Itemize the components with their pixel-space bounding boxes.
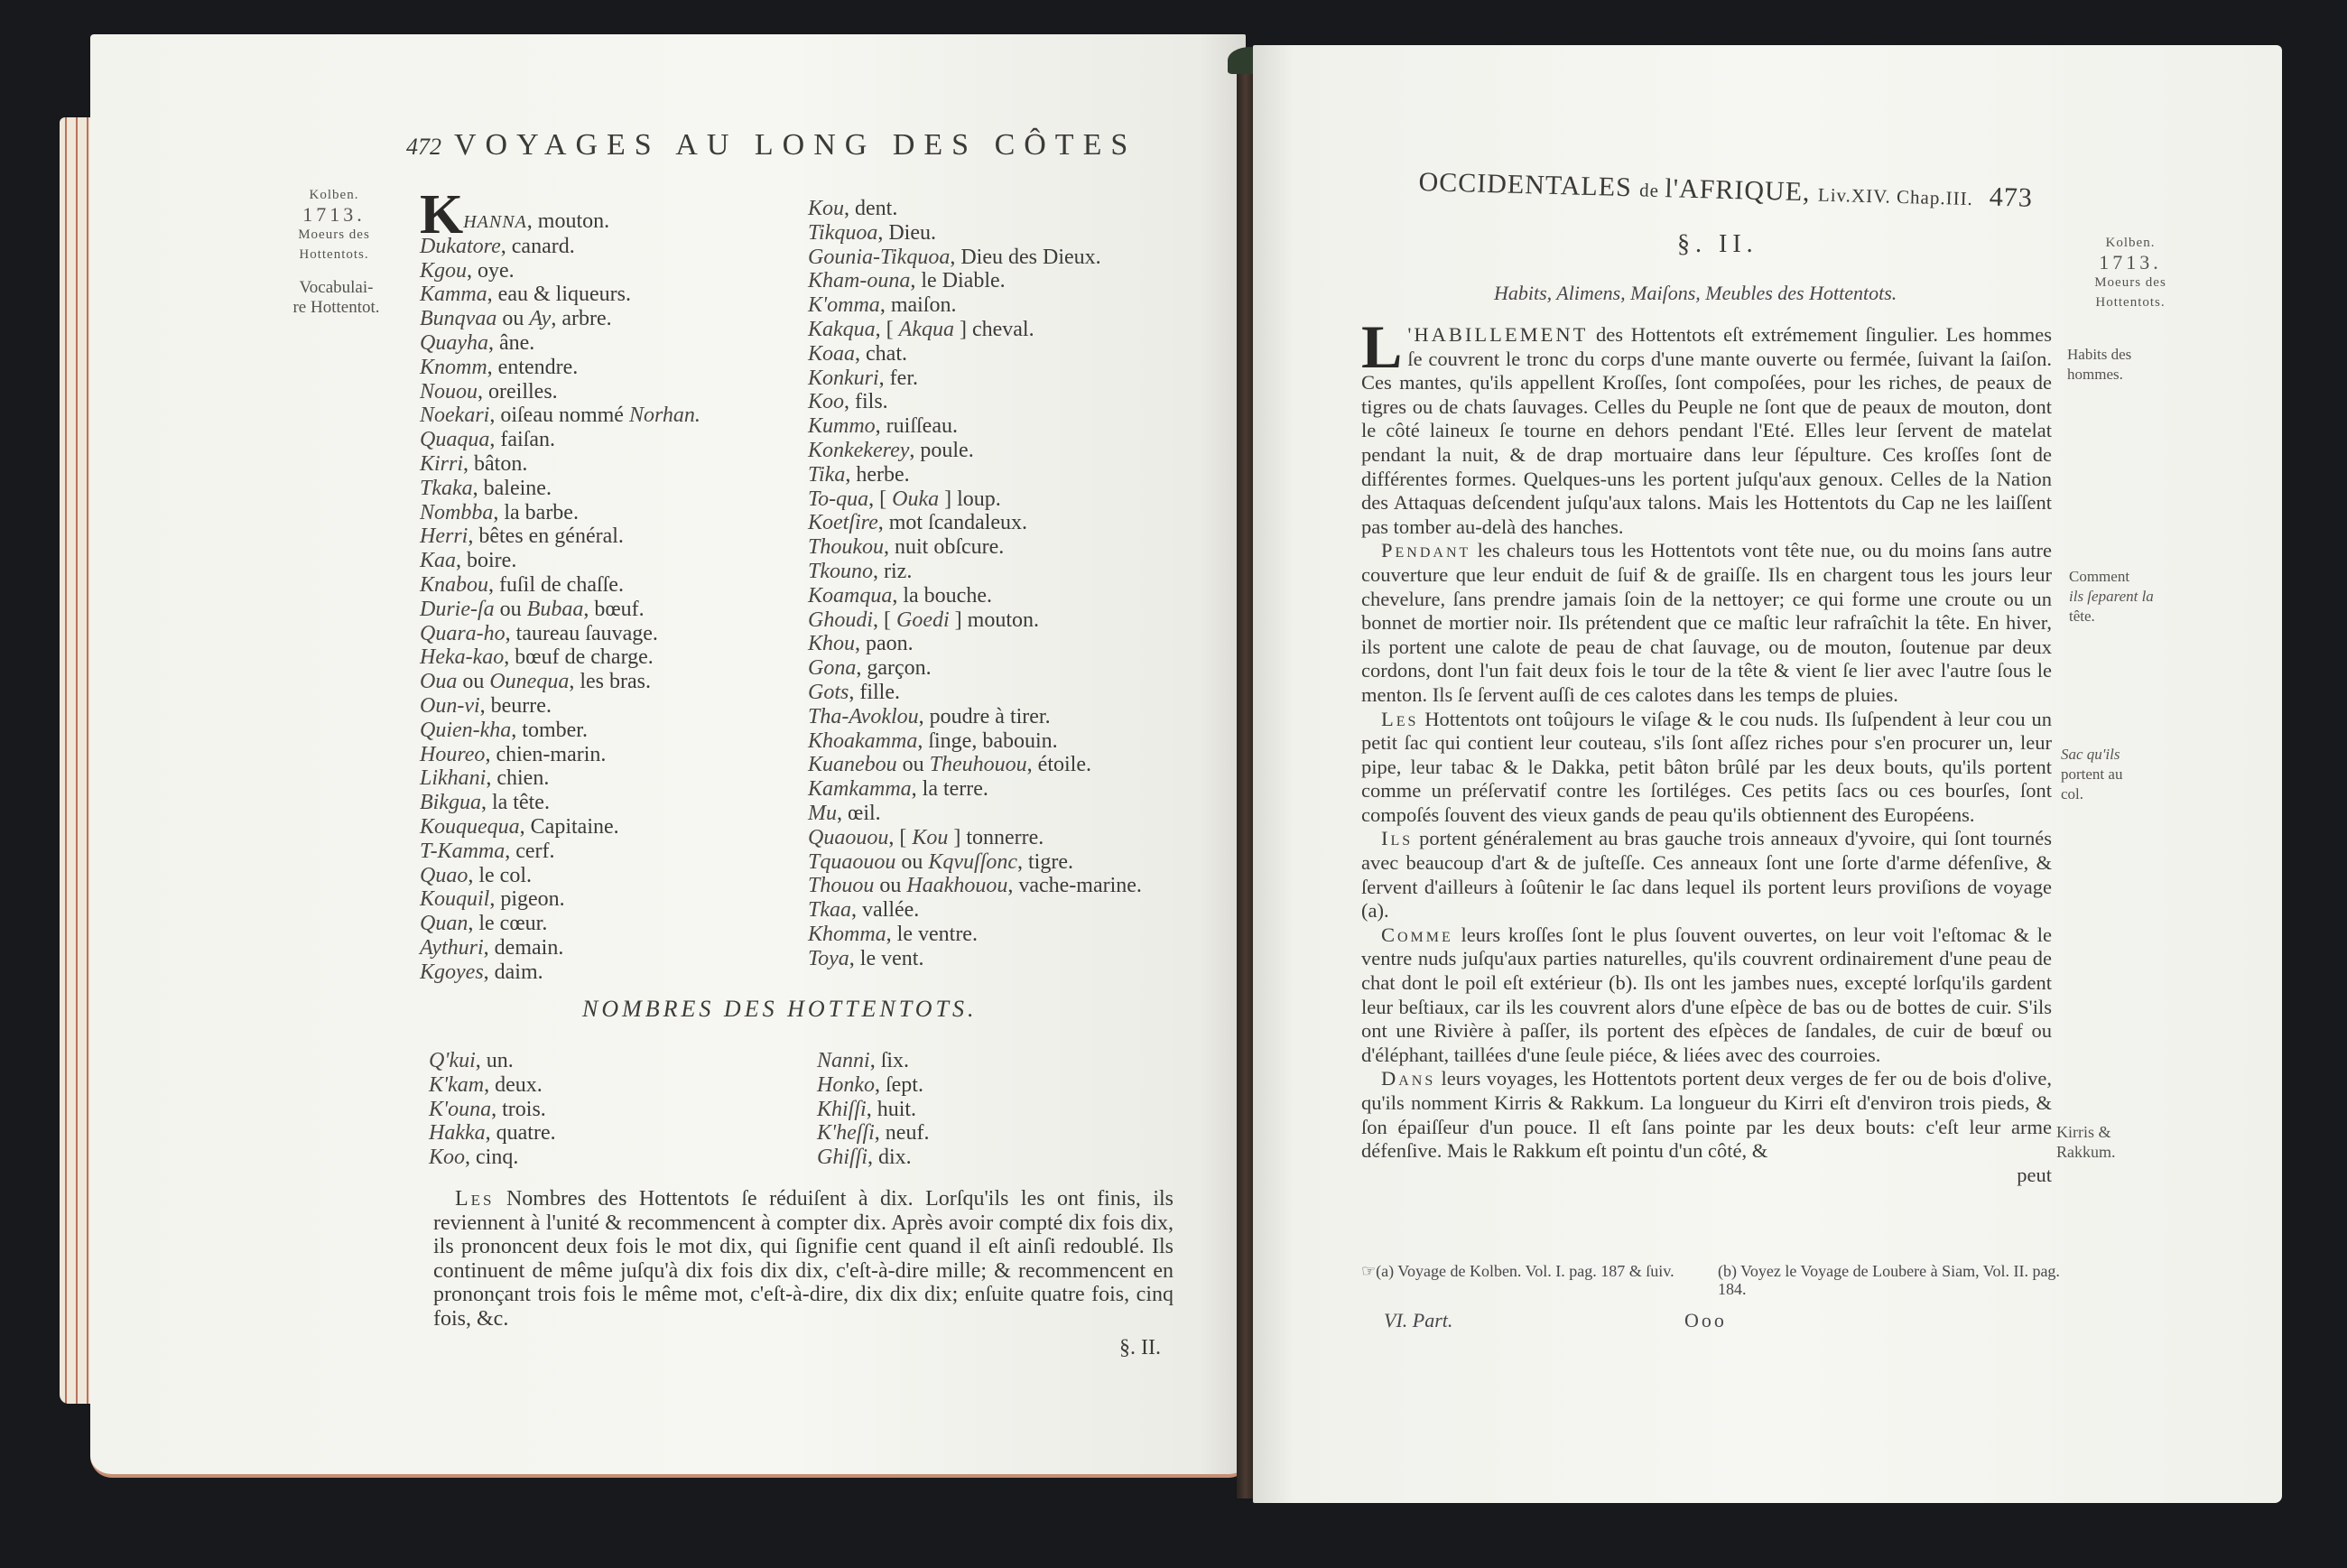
vocab-meaning: , [ [888,826,912,849]
vocab-word: Koaa [808,342,855,366]
vocab-meaning: , oreilles. [478,380,558,404]
margin-note-line: Comment [2069,567,2173,587]
vocab-entry: K'kam, deux. [429,1073,556,1098]
vocab-entry: Koaa, chat. [808,342,1142,366]
vocab-meaning: , riz. [873,560,912,583]
vocab-word: Tquaouou [808,850,895,874]
vocab-word-alt: Goedi [896,608,950,632]
paragraph-text: les chaleurs tous les Hottentots vont tê… [1361,539,2052,706]
vocab-word: Kgou [420,259,467,283]
vocab-word: K'heſſi [817,1121,875,1145]
right-margin-note-source: Kolben. 1713. Moeurs des Hottentots. [2067,233,2194,312]
vocab-meaning: , étoile. [1027,753,1091,776]
vocab-entry: Koo, cinq. [429,1146,556,1170]
vocab-meaning: , la barbe. [493,501,579,524]
vocab-meaning: , ſept. [875,1073,923,1097]
margin-note-line: ils ſeparent la [2069,587,2173,607]
vocab-word-alt: Ouka [892,487,939,511]
vocab-word-alt: Kqvuſſonc [928,850,1017,874]
vocab-meaning: , eau & liqueurs. [487,283,631,306]
vocab-word: Nanni [817,1049,870,1072]
vocab-meaning: , bœuf de charge. [504,645,654,669]
vocab-entry: Toya, le vent. [808,947,1142,971]
vocab-meaning: , daim. [484,960,543,984]
margin-note-kirris: Kirris & Rakkum. [2056,1122,2160,1162]
vocab-entry: Nanni, ſix. [817,1049,929,1073]
margin-topic: Moeurs des [271,225,397,245]
left-page-number: 472 [406,134,441,160]
margin-topic: Hottentots. [2067,292,2194,312]
vocab-entry: Kamma, eau & liqueurs. [420,283,700,307]
vocab-entry: Konkekerey, poule. [808,439,1142,463]
vocab-entry: Gots, fille. [808,681,1142,705]
margin-note-line: Kirris & [2056,1122,2160,1142]
vocab-entry: Quan, le cœur. [420,912,700,936]
footnote-a: ☞(a) Voyage de Kolben. Vol. I. pag. 187 … [1361,1262,1704,1280]
vocab-entry: Tika, herbe. [808,463,1142,487]
vocab-meaning: , cerf. [505,840,554,863]
vocab-entry: K'ouna, trois. [429,1098,556,1122]
vocab-word: Kgoyes [420,960,484,984]
vocab-entry: Konkuri, fer. [808,366,1142,391]
vocab-meaning: , bêtes en général. [468,524,624,548]
vocab-entry: To-qua, [ Ouka ] loup. [808,487,1142,512]
vocab-word-alt: Ay [529,307,551,330]
vocab-word: Tha-Avoklou [808,705,919,728]
vocab-entry: Bunqvaa ou Ay, arbre. [420,307,700,331]
paragraph-lead: 'HABILLEMENT [1407,323,1588,346]
signature-mark: Ooo [1684,1309,1727,1332]
vocab-entry: Knabou, fuſil de chaſſe. [420,573,700,598]
vocab-word: Khiſſi [817,1098,867,1121]
vocab-entry: Noekari, oiſeau nommé Norhan. [420,404,700,428]
vocab-word: Tika [808,463,845,487]
vocab-meaning: ] loup. [939,487,1001,511]
vocab-meaning: , deux. [484,1073,543,1097]
vocab-entry: Kouquequa, Capitaine. [420,815,700,840]
margin-note-habits: Habits des hommes. [2067,345,2171,385]
margin-note-line: Rakkum. [2056,1142,2160,1162]
vocab-meaning: , les bras. [569,670,651,693]
vocab-entry: Herri, bêtes en général. [420,524,700,549]
vocab-entry: Nouou, oreilles. [420,380,700,404]
vocab-meaning: , chat. [855,342,907,366]
vocab-word: K'kam [429,1073,484,1097]
vocab-word: K'omma [808,293,880,317]
paragraph-lead: Les [455,1187,495,1211]
vocab-word: Konkekerey [808,439,909,462]
margin-note-line: portent au [2061,765,2165,784]
vocab-entry: Quara-ho, taureau ſauvage. [420,622,700,646]
vocab-entry: Oua ou Ounequa, les bras. [420,670,700,694]
vocab-meaning: , Dieu des Dieux. [950,246,1100,269]
running-title-de: de [1639,179,1665,201]
vocab-word: Koo [429,1146,465,1169]
vocab-meaning: , le Diable. [910,269,1005,292]
vocab-meaning: , oye. [467,259,515,283]
footnote-mark: (b) [1718,1262,1737,1280]
vocab-meaning: , œil. [837,802,881,825]
vocab-meaning: , le cœur. [468,912,547,935]
vocab-meaning: , fille. [849,681,900,704]
vocab-meaning: , garçon. [856,656,931,680]
vocab-word: Tikquoa [808,221,877,245]
pointing-hand-icon: ☞(a) [1361,1262,1394,1280]
vocab-meaning: , pigeon. [489,887,564,911]
vocab-meaning: ] tonnerre. [948,826,1044,849]
paragraph-lead: Dans [1381,1067,1435,1090]
vocab-meaning: , herbe. [845,463,909,487]
margin-note-sac: Sac qu'ils portent au col. [2061,745,2165,804]
vocab-entry: Tha-Avoklou, poudre à tirer. [808,705,1142,729]
vocab-word: Dukatore [420,235,501,258]
vocab-meaning: , huit. [867,1098,916,1121]
vocab-word: K'ouna [429,1098,491,1121]
signature-part: VI. Part. [1384,1309,1452,1332]
vocab-word: Kamkamma [808,777,912,801]
vocab-word: Quao [420,864,468,887]
vocab-entry: Kamkamma, la terre. [808,777,1142,802]
vocab-word: Tkouno [808,560,873,583]
vocab-word: Mu [808,802,837,825]
vocab-meaning: , ſinge, babouin. [917,729,1057,753]
vocab-word: Kirri [420,452,463,476]
conjunction: ou [874,874,906,897]
chapter-reference: Chap.III. [1897,186,1973,209]
vocab-entry: Quaouou, [ Kou ] tonnerre. [808,826,1142,850]
paragraph-lead: Comme [1381,923,1453,946]
vocab-word: Konkuri [808,366,879,390]
vocab-entry: Q'kui, un. [429,1049,556,1073]
running-title-afrique: l'AFRIQUE, [1665,173,1819,207]
vocab-word-alt: Haakhouou [906,874,1007,897]
vocab-entry: Ghiſſi, dix. [817,1146,929,1170]
vocab-entry: Hakka, quatre. [429,1121,556,1146]
vocab-word-alt: Bubaa [527,598,584,621]
vocab-word: Honko [817,1073,875,1097]
vocab-meaning: , poudre à tirer. [919,705,1051,728]
margin-author: Kolben. [271,185,397,205]
paragraph-lead: Ils [1381,827,1413,849]
section-subtitle: Habits, Alimens, Maiſons, Meubles des Ho… [1494,282,1897,305]
vocab-meaning: , bœuf. [583,598,644,621]
vocab-meaning: , cinq. [465,1146,518,1169]
vocab-word: Quan [420,912,468,935]
paragraph-pendant: Pendant les chaleurs tous les Hottentots… [1361,539,2052,707]
vocab-meaning: , vache-marine. [1007,874,1142,897]
vocab-meaning: , vallée. [851,898,919,922]
vocab-entry: Quao, le col. [420,864,700,888]
vocab-meaning: , mot ſcandaleux. [878,511,1027,534]
vocab-meaning: , [ [873,608,896,632]
vocab-entry: Ghoudi, [ Goedi ] mouton. [808,608,1142,633]
vocab-meaning: , maiſon. [880,293,957,317]
margin-topic: Hottentots. [271,245,397,264]
vocab-meaning: , nuit obſcure. [884,535,1004,559]
vocab-word: Kamma [420,283,487,306]
vocab-word: Toya [808,947,849,970]
paragraph-text: leurs kroſſes ſont le plus ſouvent ouver… [1361,923,2052,1066]
paragraph-comme: Comme leurs kroſſes ſont le plus ſouvent… [1361,923,2052,1068]
vocab-entry: Quayha, âne. [420,331,700,356]
vocab-word: Quayha [420,331,488,355]
vocab-entry: Kouquil, pigeon. [420,887,700,912]
vocabulary-column-left: KHANNA, mouton.Dukatore, canard.Kgou, oy… [420,197,700,985]
margin-note-line: tête. [2069,607,2173,626]
vocab-meaning: , ſix. [870,1049,909,1072]
margin-note-line: Habits des [2067,345,2171,365]
vocab-entry: Thouou ou Haakhouou, vache-marine. [808,874,1142,898]
vocab-word: Thoukou [808,535,884,559]
vocab-meaning: , tomber. [511,719,588,742]
numbers-section-title: NOMBRES DES HOTTENTOTS. [582,996,978,1023]
left-running-title: VOYAGES AU LONG DES CÔTES [454,128,1136,162]
vocab-word: T-Kamma [420,840,505,863]
vocab-word-alt: Akqua [899,318,954,341]
right-page-number: 473 [1989,182,2033,213]
footnote-text: Voyage de Kolben. Vol. I. pag. 187 & ſui… [1394,1262,1674,1280]
vocab-word: Bikgua [420,791,481,814]
vocab-entry: Nombba, la barbe. [420,501,700,525]
vocab-entry: K'heſſi, neuf. [817,1121,929,1146]
vocab-word: Kakqua [808,318,876,341]
vocab-entry: Khoakamma, ſinge, babouin. [808,729,1142,754]
vocab-meaning: , entendre. [487,356,579,379]
vocab-word: Quaqua [420,428,489,451]
margin-note-head: Comment ils ſeparent la tête. [2069,567,2173,626]
vocab-meaning: , beurre. [480,694,552,718]
vocab-word: Gona [808,656,856,680]
vocab-meaning: , mouton. [527,209,609,233]
vocab-entry: Tkaka, baleine. [420,477,700,501]
vocab-meaning: , fils. [844,390,888,413]
right-body-text: L'HABILLEMENT des Hottentots eſt extréme… [1361,323,2052,1187]
conjunction: ou [897,753,930,776]
vocab-entry: Gona, garçon. [808,656,1142,681]
vocab-entry: Likhani, chien. [420,766,700,791]
vocab-meaning: , [ [876,318,899,341]
vocab-word: Likhani [420,766,486,790]
book-reference: Liv.XIV. [1818,184,1897,208]
vocab-word-alt: Norhan. [629,404,700,427]
vocab-entry: Gounia-Tikquoa, Dieu des Dieux. [808,246,1142,270]
vocab-meaning: , âne. [488,331,534,355]
margin-year: 1713. [2067,253,2194,273]
paragraph-text: Nombres des Hottentots ſe réduiſent à di… [433,1187,1173,1331]
vocab-entry: Kgou, oye. [420,259,700,283]
margin-note-line: Sac qu'ils [2061,745,2165,765]
conjunction: ou [457,670,489,693]
vocab-entry: Quien-kha, tomber. [420,719,700,743]
vocab-entry: Kaa, boire. [420,549,700,573]
numbers-paragraph: Les Nombres des Hottentots ſe réduiſent … [433,1187,1173,1331]
vocab-meaning: , la tête. [481,791,550,814]
vocabulary-column-right: Kou, dent.Tikquoa, Dieu.Gounia-Tikquoa, … [808,197,1142,971]
numbers-column-left: Q'kui, un.K'kam, deux.K'ouna, trois.Hakk… [429,1049,556,1170]
vocab-meaning: , dent. [844,197,897,220]
vocab-entry: Koo, fils. [808,390,1142,414]
vocab-entry: Kirri, bâton. [420,452,700,477]
margin-topic: Moeurs des [2067,273,2194,292]
vocab-word: Heka-kao [420,645,504,669]
paragraph-lead: Les [1381,708,1418,730]
vocab-meaning: , arbre. [551,307,611,330]
vocab-entry: Honko, ſept. [817,1073,929,1098]
vocab-word: Nombba [420,501,493,524]
vocab-word: Thouou [808,874,874,897]
vocab-meaning: , tigre. [1017,850,1073,874]
vocab-word: Durie-ſa [420,598,495,621]
vocab-meaning: , le vent. [849,947,924,970]
vocab-word: Q'kui [429,1049,476,1072]
vocab-word: Quaouou [808,826,888,849]
vocab-meaning: , chien-marin. [485,743,606,766]
vocab-word: Kouquequa [420,815,520,839]
vocab-word: Quien-kha [420,719,511,742]
margin-note-line: hommes. [2067,365,2171,385]
vocab-entry: Heka-kao, bœuf de charge. [420,645,700,670]
margin-note-line: Vocabulai- [275,278,397,298]
vocab-meaning: , dix. [867,1146,912,1169]
vocab-word: Knabou [420,573,488,597]
vocab-word: Houreo [420,743,485,766]
vocab-entry: Kham-ouna, le Diable. [808,269,1142,293]
vocab-word-alt: Kou [912,826,948,849]
footnote-text: Voyez le Voyage de Loubere à Siam, Vol. … [1718,1262,2060,1298]
vocab-meaning: , chien. [486,766,549,790]
vocab-entry: Koetſire, mot ſcandaleux. [808,511,1142,535]
vocab-word-alt: Ounequa [489,670,569,693]
vocab-word: Ghoudi [808,608,873,632]
vocab-entry: Khou, paon. [808,632,1142,656]
paragraph-text: Hottentots ont toûjours le viſage & le c… [1361,708,2052,826]
vocab-meaning: ] mouton. [950,608,1039,632]
vocab-word: Kouquil [420,887,489,911]
conjunction: ou [895,850,928,874]
vocab-meaning: , fer. [879,366,918,390]
vocab-word: Gounia-Tikquoa [808,246,950,269]
vocab-entry: Khomma, le ventre. [808,923,1142,947]
vocab-word: Hakka [429,1121,486,1145]
vocab-word: Noekari [420,404,489,427]
vocab-entry: Kou, dent. [808,197,1142,221]
paragraph-ils: Ils portent généralement au bras gauche … [1361,827,2052,923]
vocab-entry: Kakqua, [ Akqua ] cheval. [808,318,1142,342]
paragraph-habillement: L'HABILLEMENT des Hottentots eſt extréme… [1361,323,2052,539]
vocab-meaning: , Capitaine. [520,815,619,839]
vocab-meaning: , ruiſſeau. [876,414,958,438]
right-catchword: peut [1361,1164,2052,1188]
vocab-meaning: , paon. [855,632,914,655]
vocab-entry: Dukatore, canard. [420,235,700,259]
vocab-word: Knomm [420,356,487,379]
vocab-meaning: , fuſil de chaſſe. [488,573,624,597]
vocab-meaning: ] cheval. [954,318,1034,341]
vocab-word: Aythuri [420,936,484,960]
paragraph-text: leurs voyages, les Hottentots portent de… [1361,1067,2052,1162]
vocab-word: Gots [808,681,849,704]
paragraph-les: Les Hottentots ont toûjours le viſage & … [1361,708,2052,828]
vocab-entry: Kuanebou ou Theuhouou, étoile. [808,753,1142,777]
vocab-word: HANNA [463,212,527,232]
vocab-meaning: , [ [868,487,892,511]
vocab-word: Kaa [420,549,456,572]
vocab-entry: Durie-ſa ou Bubaa, bœuf. [420,598,700,622]
vocab-word: Khou [808,632,855,655]
vocab-meaning: , neuf. [875,1121,930,1145]
vocab-entry: Bikgua, la tête. [420,791,700,815]
vocab-meaning: , le col. [468,864,532,887]
drop-cap: L [1361,323,1402,370]
vocab-word: Koo [808,390,844,413]
paragraph-text: des Hottentots eſt extrémement ſingulier… [1361,323,2052,538]
vocab-word: Nouou [420,380,478,404]
vocab-meaning: , faiſan. [489,428,555,451]
vocab-meaning: , baleine. [473,477,552,500]
vocab-word: Kuanebou [808,753,897,776]
vocab-word: Oua [420,670,457,693]
vocab-word: Herri [420,524,468,548]
section-number: §. II. [1677,230,1758,259]
paragraph-text: portent généralement au bras gauche troi… [1361,827,2052,922]
vocab-meaning: , taureau ſauvage. [506,622,658,645]
vocab-word: Kummo [808,414,876,438]
conjunction: ou [496,307,529,330]
vocab-word: Tkaa [808,898,851,922]
vocab-word: Kou [808,197,844,220]
left-margin-note-source: Kolben. 1713. Moeurs des Hottentots. [271,185,397,264]
left-margin-note-vocab: Vocabulai- re Hottentot. [275,278,397,318]
vocab-entry: Houreo, chien-marin. [420,743,700,767]
vocab-word: Koetſire [808,511,878,534]
vocab-word-alt: Theuhouou [930,753,1027,776]
vocab-entry: K'omma, maiſon. [808,293,1142,318]
margin-note-line: col. [2061,784,2165,804]
margin-year: 1713. [271,205,397,225]
vocab-meaning: , un. [476,1049,514,1072]
vocab-word: Koamqua [808,584,892,608]
vocab-entry: T-Kamma, cerf. [420,840,700,864]
vocab-meaning: , oiſeau nommé [489,404,629,427]
vocab-meaning: , la terre. [912,777,988,801]
running-title: OCCIDENTALES [1418,167,1640,202]
paragraph-dans: Dans leurs voyages, les Hottentots porte… [1361,1067,2052,1163]
footnote-b: (b) Voyez le Voyage de Loubere à Siam, V… [1718,1262,2061,1298]
vocab-meaning: , demain. [484,936,564,960]
vocab-meaning: , trois. [491,1098,546,1121]
paragraph-lead: Pendant [1381,539,1470,561]
vocab-entry: Tquaouou ou Kqvuſſonc, tigre. [808,850,1142,875]
vocab-word: Kham-ouna [808,269,910,292]
vocab-word: Tkaka [420,477,473,500]
vocab-entry: Koamqua, la bouche. [808,584,1142,608]
vocab-word: Oun-vi [420,694,480,718]
vocab-entry: Tikquoa, Dieu. [808,221,1142,246]
vocab-meaning: , poule. [909,439,973,462]
vocab-word: Quara-ho [420,622,506,645]
vocab-word: Khomma [808,923,886,946]
vocab-entry: Kgoyes, daim. [420,960,700,985]
vocab-entry: KHANNA, mouton. [420,197,700,235]
vocab-word: Ghiſſi [817,1146,867,1169]
vocab-meaning: , canard. [501,235,575,258]
vocab-word: Khoakamma [808,729,917,753]
vocab-entry: Tkaa, vallée. [808,898,1142,923]
vocab-entry: Knomm, entendre. [420,356,700,380]
vocab-entry: Kummo, ruiſſeau. [808,414,1142,439]
vocab-entry: Thoukou, nuit obſcure. [808,535,1142,560]
vocab-entry: Khiſſi, huit. [817,1098,929,1122]
